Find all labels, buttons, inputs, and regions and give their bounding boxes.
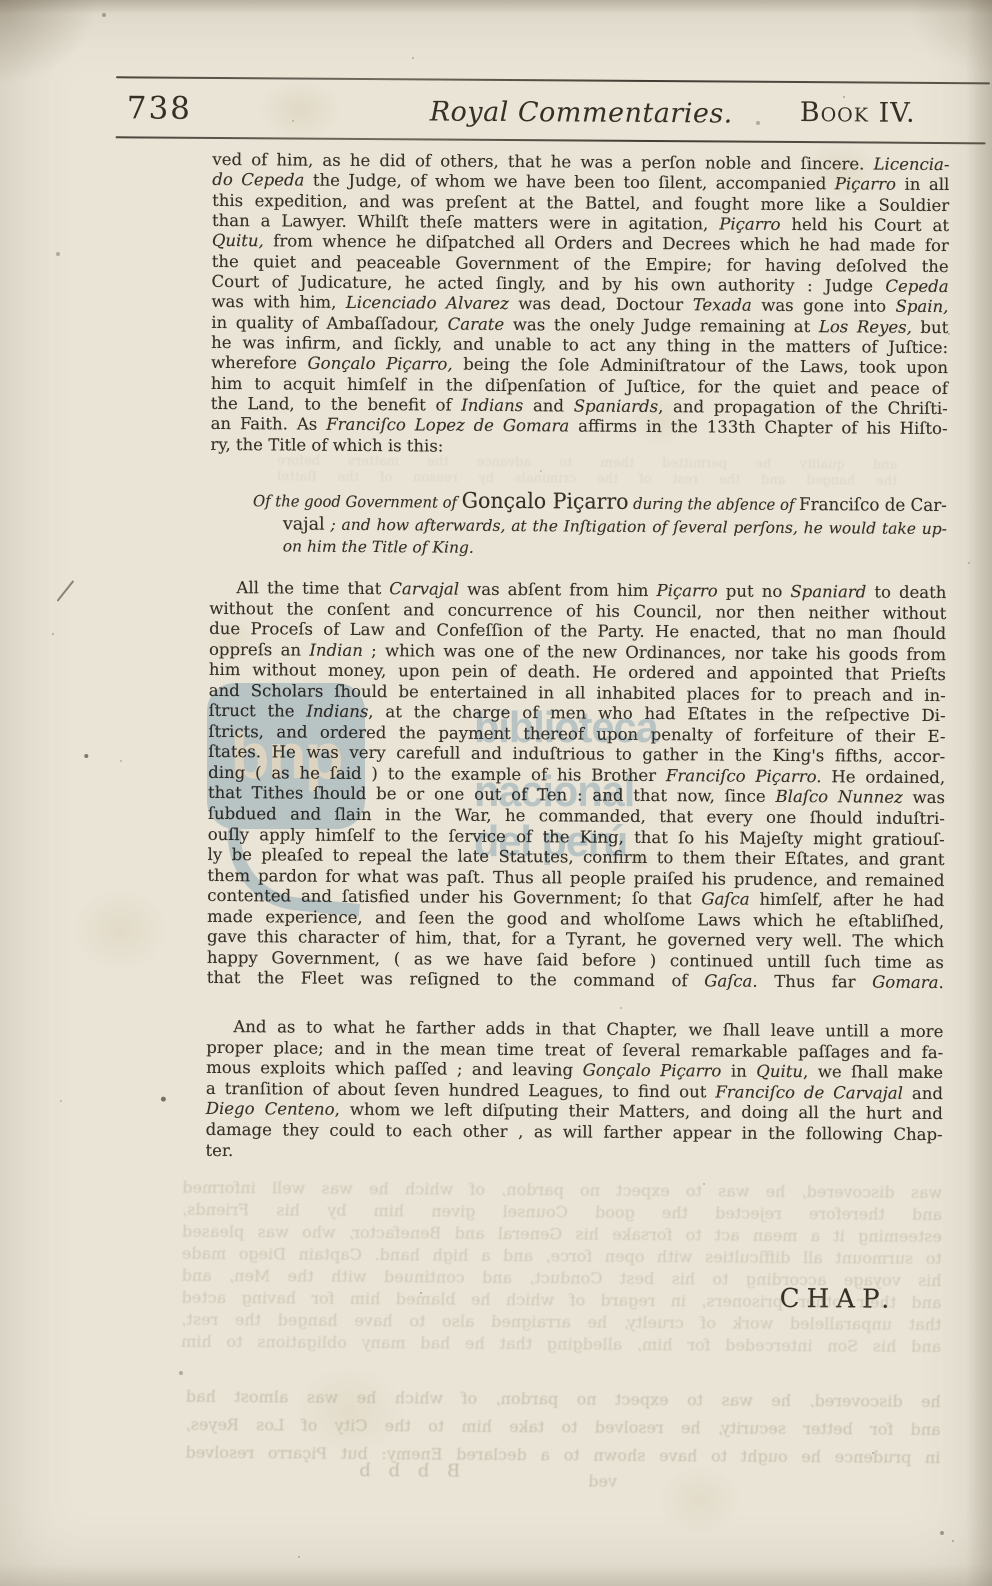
header-rule-bottom bbox=[116, 136, 986, 144]
page-content: 738 Royal Commentaries. Book IV. ved of … bbox=[0, 0, 992, 1586]
margin-ink-bullet bbox=[161, 1097, 166, 1102]
bleedthrough-signature: B b b b bbox=[320, 1460, 460, 1482]
book-label: Book IV. bbox=[800, 97, 916, 129]
paragraph-3: And as to what he farther adds in that C… bbox=[205, 1017, 943, 1166]
text-line: the hanged and the rest of the criminals… bbox=[277, 469, 897, 489]
paragraph-2: All the time that Carvajal was abſent fr… bbox=[207, 578, 947, 994]
bleedthrough-lower: he discovered, he was to expect no pardo… bbox=[185, 1383, 941, 1472]
text-line: and his Son interceded for him, alledgin… bbox=[181, 1331, 941, 1358]
text-line: in prudence he ought to have shown to a … bbox=[185, 1439, 940, 1472]
text-line: that the Fleet was reſigned to the comma… bbox=[207, 968, 944, 994]
header-rule-top bbox=[116, 76, 990, 84]
book-page-scan: 738 Royal Commentaries. Book IV. ved of … bbox=[0, 0, 992, 1586]
bleedthrough-faint: and quality he permitted them to advance… bbox=[277, 453, 897, 489]
bleedthrough-reverse-catchword: ved bbox=[588, 1472, 617, 1491]
text-line: Of the good Government of Gonçalo Piçarr… bbox=[253, 489, 914, 517]
chapter-heading: Of the good Government of Gonçalo Piçarr… bbox=[253, 489, 947, 562]
running-title: Royal Commentaries. bbox=[430, 96, 733, 129]
page-number: 738 bbox=[127, 90, 192, 126]
margin-ink-slash bbox=[57, 580, 75, 602]
text-column: ved of him, as he did of others, that he… bbox=[214, 1, 951, 6]
margin-ink-dot bbox=[84, 754, 88, 758]
paragraph-1: ved of him, as he did of others, that he… bbox=[210, 150, 949, 460]
bleedthrough-upper: was discovered, he was to expect no pard… bbox=[181, 1177, 942, 1358]
